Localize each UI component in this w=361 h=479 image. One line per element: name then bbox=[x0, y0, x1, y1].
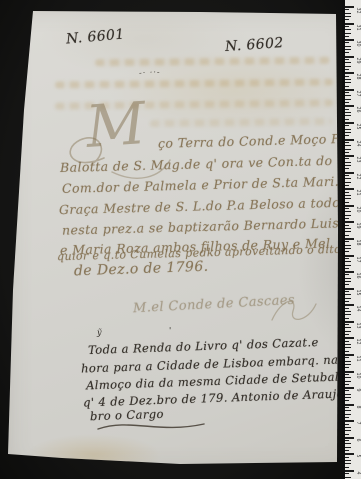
ruler-tick bbox=[345, 460, 351, 461]
ruler-number: 17 bbox=[355, 256, 361, 264]
ruler-tick bbox=[345, 82, 351, 83]
ruler-tick bbox=[345, 261, 351, 262]
ruler-tick bbox=[345, 324, 349, 325]
ruler-tick bbox=[345, 66, 351, 67]
ruler-tick bbox=[345, 188, 354, 190]
ruler-number: 8 bbox=[355, 405, 361, 413]
ruler-tick bbox=[345, 318, 349, 319]
ruler-tick bbox=[345, 218, 349, 219]
ruler-tick bbox=[345, 92, 349, 93]
body-line: nesta prez.a se baptizarão Bernardo Luis bbox=[62, 215, 340, 237]
ruler-tick bbox=[345, 420, 354, 422]
ruler-tick bbox=[345, 149, 351, 150]
ruler-tick bbox=[345, 311, 351, 312]
ruler-tick bbox=[345, 453, 354, 455]
ruler-tick bbox=[345, 437, 354, 439]
certification-underline-flourish bbox=[96, 420, 208, 434]
ruler-tick bbox=[345, 288, 354, 290]
ruler-number: 26 bbox=[355, 107, 361, 115]
ruler-tick bbox=[345, 397, 351, 398]
ruler-tick bbox=[345, 298, 351, 299]
ruler-tick bbox=[345, 440, 349, 441]
ruler-tick bbox=[345, 175, 349, 176]
ruler-tick bbox=[345, 182, 351, 183]
ruler-tick bbox=[345, 46, 351, 47]
ruler-tick bbox=[345, 33, 351, 34]
ruler-tick bbox=[345, 473, 349, 474]
ruler-number: 29 bbox=[355, 57, 361, 65]
ruler-tick bbox=[345, 39, 354, 41]
ruler-tick bbox=[345, 470, 354, 472]
ruler-tick bbox=[345, 135, 349, 136]
ruler-tick bbox=[345, 357, 349, 358]
ruler-tick bbox=[345, 314, 351, 315]
bleedthrough-line bbox=[55, 79, 333, 89]
ruler-tick bbox=[345, 394, 351, 395]
ruler-tick bbox=[345, 202, 349, 203]
ruler-tick bbox=[345, 125, 349, 126]
ruler-tick bbox=[345, 208, 349, 209]
ruler-tick bbox=[345, 245, 351, 246]
ruler-tick bbox=[345, 304, 354, 306]
ink-speck: ' bbox=[169, 326, 172, 335]
ruler-tick bbox=[345, 427, 351, 428]
ruler-tick bbox=[345, 407, 349, 408]
ruler-tick bbox=[345, 284, 349, 285]
ruler-tick bbox=[345, 89, 354, 91]
ruler-number: 22 bbox=[355, 173, 361, 181]
ruler-number: 18 bbox=[355, 240, 361, 248]
ruler-tick bbox=[345, 301, 349, 302]
ruler-tick bbox=[345, 23, 354, 25]
ruler-tick bbox=[345, 42, 349, 43]
ruler-tick bbox=[345, 9, 349, 10]
ruler-tick bbox=[345, 337, 354, 339]
ruler-number: 5 bbox=[355, 455, 361, 463]
ruler-tick bbox=[345, 139, 354, 141]
ruler-tick bbox=[345, 215, 351, 216]
ruler-tick bbox=[345, 115, 351, 116]
ruler-number: 27 bbox=[355, 90, 361, 98]
signature-rubric-flourish bbox=[268, 292, 320, 328]
ruler-tick bbox=[345, 112, 351, 113]
dotted-mark: -· ··- bbox=[139, 67, 161, 77]
ruler-number: 19 bbox=[355, 223, 361, 231]
ruler-tick bbox=[345, 278, 351, 279]
ruler-tick bbox=[345, 377, 351, 378]
ruler-tick bbox=[345, 69, 349, 70]
ruler-number: 25 bbox=[355, 124, 361, 132]
ruler-tick bbox=[345, 414, 351, 415]
ruler-tick bbox=[345, 341, 349, 342]
ruler-tick bbox=[345, 178, 351, 179]
ruler-tick bbox=[345, 99, 351, 100]
ruler-tick bbox=[345, 374, 349, 375]
ruler-tick bbox=[345, 76, 349, 77]
ruler-tick bbox=[345, 281, 351, 282]
measuring-ruler: 3231302928272625242322212019181716151413… bbox=[342, 0, 361, 479]
ruler-tick bbox=[345, 231, 351, 232]
ruler-tick bbox=[345, 241, 349, 242]
ruler-tick bbox=[345, 86, 349, 87]
ink-speck: ỹ bbox=[97, 328, 102, 337]
ruler-tick bbox=[345, 424, 349, 425]
ruler-number: 11 bbox=[355, 356, 361, 364]
ruler-tick bbox=[345, 308, 349, 309]
date-line: de Dez.o de 1796. bbox=[74, 259, 209, 280]
ruler-tick bbox=[345, 16, 351, 17]
ruler-tick bbox=[345, 105, 354, 107]
ruler-tick bbox=[345, 13, 351, 14]
ruler-tick bbox=[345, 29, 351, 30]
ruler-tick bbox=[345, 79, 351, 80]
ruler-tick bbox=[345, 434, 349, 435]
ruler-number: 15 bbox=[355, 289, 361, 297]
ruler-tick bbox=[345, 26, 349, 27]
ruler-tick bbox=[345, 19, 349, 20]
ruler-tick bbox=[345, 185, 349, 186]
ruler-tick bbox=[345, 52, 349, 53]
ruler-tick bbox=[345, 354, 354, 356]
ruler-tick bbox=[345, 165, 351, 166]
paper-sheet: N. 6601 N. 6602 -· ··- M ço Terra do Con… bbox=[0, 0, 361, 479]
ruler-tick bbox=[345, 384, 349, 385]
ruler-number: 7 bbox=[355, 422, 361, 430]
ruler-tick bbox=[345, 152, 349, 153]
ruler-tick bbox=[345, 371, 354, 373]
ruler-tick bbox=[345, 447, 351, 448]
ruler-tick bbox=[345, 404, 354, 406]
ruler-tick bbox=[345, 225, 349, 226]
ruler-tick bbox=[345, 221, 354, 223]
ruler-tick bbox=[345, 331, 351, 332]
ruler-tick bbox=[345, 400, 349, 401]
ruler-tick bbox=[345, 132, 351, 133]
ruler-tick bbox=[345, 109, 349, 110]
ruler-number: 14 bbox=[355, 306, 361, 314]
ruler-tick bbox=[345, 268, 349, 269]
ruler-tick bbox=[345, 450, 349, 451]
ruler-tick bbox=[345, 56, 354, 58]
body-line: ço Terra do Cond.e Moço Fid.go bbox=[158, 130, 361, 151]
ruler-tick bbox=[345, 467, 349, 468]
ruler-number: 30 bbox=[355, 41, 361, 49]
ruler-tick bbox=[345, 6, 354, 8]
ruler-tick bbox=[345, 387, 354, 389]
ruler-number: 21 bbox=[355, 190, 361, 198]
bleedthrough-line bbox=[95, 57, 330, 66]
ruler-tick bbox=[345, 344, 351, 345]
ruler-tick bbox=[345, 251, 349, 252]
ruler-tick bbox=[345, 62, 351, 63]
ruler-tick bbox=[345, 364, 351, 365]
ruler-tick bbox=[345, 274, 349, 275]
ruler-tick bbox=[345, 381, 351, 382]
ruler-tick bbox=[345, 294, 351, 295]
ruler-tick bbox=[345, 477, 351, 478]
ruler-tick bbox=[345, 172, 354, 174]
ruler-number: 31 bbox=[355, 24, 361, 32]
ruler-tick bbox=[345, 410, 351, 411]
ruler-tick bbox=[345, 129, 351, 130]
ruler-tick bbox=[345, 417, 349, 418]
ruler-number: 16 bbox=[355, 273, 361, 281]
ruler-tick bbox=[345, 347, 351, 348]
ruler-tick bbox=[345, 238, 354, 240]
ruler-tick bbox=[345, 102, 349, 103]
ruler-number: 6 bbox=[355, 438, 361, 446]
ruler-tick bbox=[345, 271, 354, 273]
ruler-number: 4 bbox=[355, 472, 361, 479]
body-line: Graça Mestre de S. L.do P.a Beloso a tod… bbox=[59, 194, 361, 217]
archival-number-left: N. 6601 bbox=[65, 26, 125, 47]
ruler-tick bbox=[345, 162, 351, 163]
ruler-tick bbox=[345, 390, 349, 391]
ruler-tick bbox=[345, 255, 354, 257]
ruler-tick bbox=[345, 158, 349, 159]
ruler-number: 12 bbox=[355, 339, 361, 347]
ruler-tick bbox=[345, 59, 349, 60]
ruler-tick bbox=[345, 142, 349, 143]
ruler-tick bbox=[345, 95, 351, 96]
ruler-tick bbox=[345, 235, 349, 236]
ruler-tick bbox=[345, 155, 354, 157]
ruler-tick bbox=[345, 463, 351, 464]
ruler-tick bbox=[345, 205, 354, 207]
ruler-tick bbox=[345, 351, 349, 352]
manuscript-photograph: N. 6601 N. 6602 -· ··- M ço Terra do Con… bbox=[0, 0, 361, 479]
ruler-tick bbox=[345, 198, 351, 199]
ruler-number: 10 bbox=[355, 372, 361, 380]
ruler-tick bbox=[345, 361, 351, 362]
ruler-tick bbox=[345, 195, 351, 196]
ruler-tick bbox=[345, 145, 351, 146]
archival-number-right: N. 6602 bbox=[225, 35, 285, 55]
ruler-tick bbox=[345, 334, 349, 335]
ruler-tick bbox=[345, 443, 351, 444]
ruler-tick bbox=[345, 168, 349, 169]
ruler-tick bbox=[345, 321, 354, 323]
ruler-tick bbox=[345, 228, 351, 229]
ruler-tick bbox=[345, 258, 349, 259]
ruler-tick bbox=[345, 457, 349, 458]
ruler-number: 24 bbox=[355, 140, 361, 148]
ruler-tick bbox=[345, 248, 351, 249]
ruler-tick bbox=[345, 122, 354, 124]
ruler-tick bbox=[345, 327, 351, 328]
ruler-tick bbox=[345, 430, 351, 431]
bleedthrough-line bbox=[150, 118, 332, 127]
ruler-tick bbox=[345, 265, 351, 266]
ruler-tick bbox=[345, 36, 349, 37]
ruler-number: 28 bbox=[355, 74, 361, 82]
ruler-tick bbox=[345, 49, 351, 50]
ruler-number: 32 bbox=[355, 8, 361, 16]
ruler-tick bbox=[345, 192, 349, 193]
ruler-number: 23 bbox=[355, 157, 361, 165]
ruler-tick bbox=[345, 119, 349, 120]
ruler-tick bbox=[345, 291, 349, 292]
ruler-number: 20 bbox=[355, 206, 361, 214]
ruler-number: 13 bbox=[355, 322, 361, 330]
ruler-number: 9 bbox=[355, 389, 361, 397]
ruler-tick bbox=[345, 367, 349, 368]
ruler-tick bbox=[345, 72, 354, 74]
ruler-tick bbox=[345, 211, 351, 212]
